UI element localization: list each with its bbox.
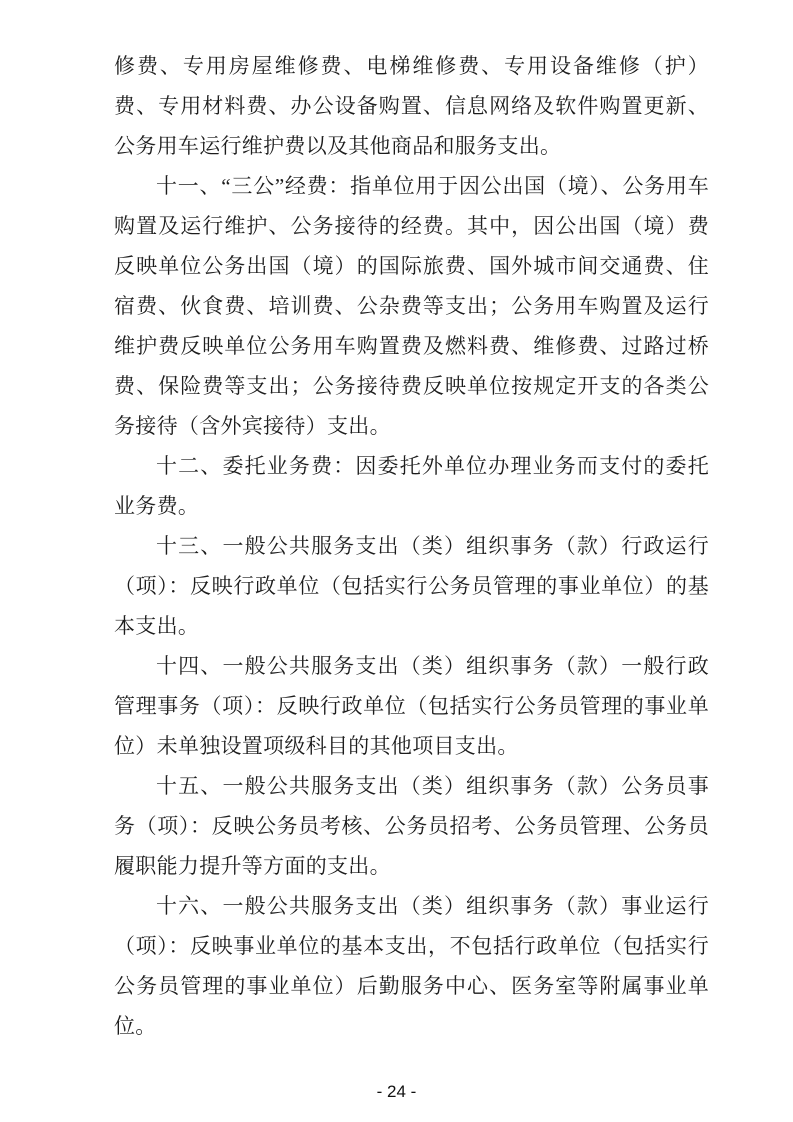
document-body: 修费、专用房屋维修费、电梯维修费、专用设备维修（护）费、专用材料费、办公设备购置…	[114, 46, 709, 1046]
paragraph-item-12: 十二、委托业务费：因委托外单位办理业务而支付的委托业务费。	[114, 446, 709, 526]
paragraph-item-15: 十五、一般公共服务支出（类）组织事务（款）公务员事务（项）：反映公务员考核、公务…	[114, 766, 709, 886]
document-page: 修费、专用房屋维修费、电梯维修费、专用设备维修（护）费、专用材料费、办公设备购置…	[0, 0, 793, 1122]
paragraph-item-14: 十四、一般公共服务支出（类）组织事务（款）一般行政管理事务（项）：反映行政单位（…	[114, 646, 709, 766]
paragraph-item-11: 十一、“三公”经费：指单位用于因公出国（境）、公务用车购置及运行维护、公务接待的…	[114, 166, 709, 446]
paragraph-item-13: 十三、一般公共服务支出（类）组织事务（款）行政运行（项）：反映行政单位（包括实行…	[114, 526, 709, 646]
page-number: - 24 -	[0, 1082, 793, 1102]
paragraph-continuation: 修费、专用房屋维修费、电梯维修费、专用设备维修（护）费、专用材料费、办公设备购置…	[114, 46, 709, 166]
paragraph-item-16: 十六、一般公共服务支出（类）组织事务（款）事业运行（项）：反映事业单位的基本支出…	[114, 886, 709, 1046]
